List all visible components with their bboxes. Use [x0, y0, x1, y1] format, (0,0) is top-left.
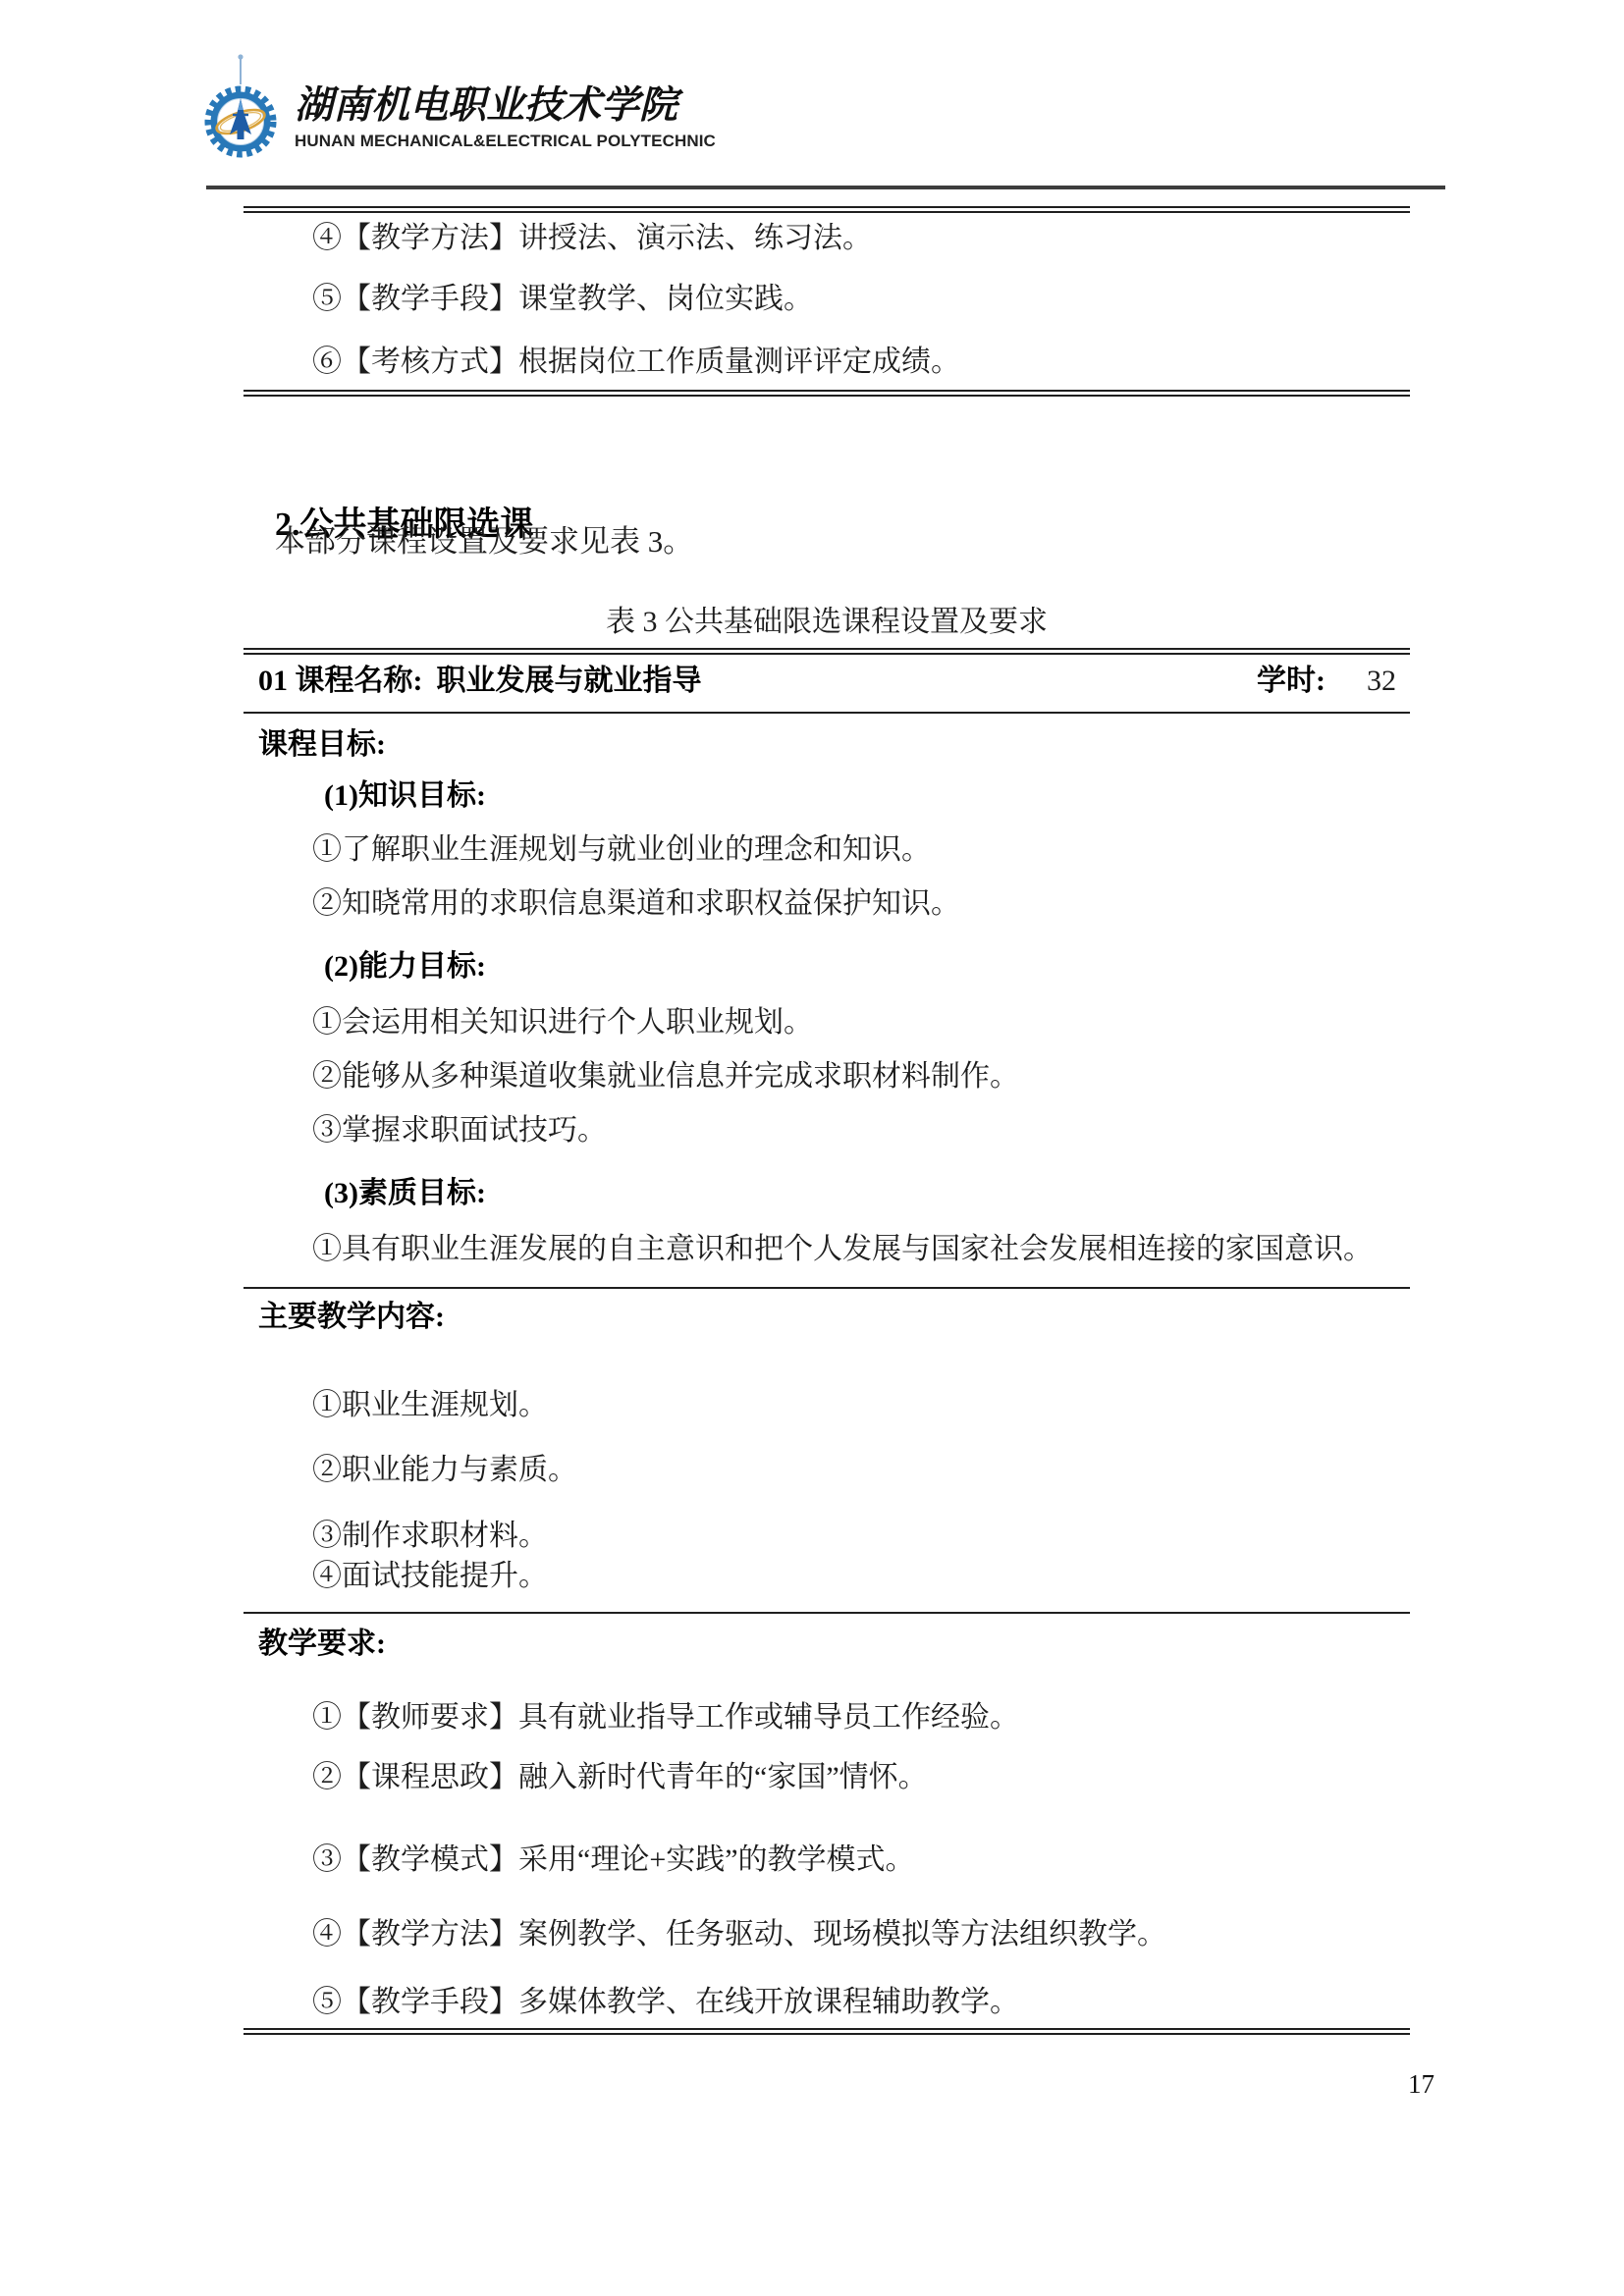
content-title: 主要教学内容:: [258, 1302, 1390, 1333]
objective-item: ②知晓常用的求职信息渠道和求职权益保护知识。: [258, 888, 1390, 920]
table-bottom-border: [244, 390, 1410, 397]
previous-course-table-fragment: ④【教学方法】讲授法、演示法、练习法。 ⑤【教学手段】课堂教学、岗位实践。 ⑥【…: [244, 206, 1410, 397]
course-title-row: 01 课程名称: 职业发展与就业指导 学时: 32: [244, 655, 1410, 714]
school-logo-icon: [202, 51, 279, 159]
course-table-top-border: [244, 648, 1410, 655]
hours-label: 学时:: [1257, 666, 1326, 697]
requirement-item: ③【教学模式】采用“理论+实践”的教学模式。: [258, 1844, 1390, 1876]
course-table: 01 课程名称: 职业发展与就业指导 学时: 32 课程目标: (1)知识目标:…: [244, 648, 1410, 2035]
objective-subtitle: (2)能力目标:: [258, 951, 1390, 983]
objectives-title: 课程目标:: [258, 729, 1390, 761]
objective-item: ①会运用相关知识进行个人职业规划。: [258, 1007, 1390, 1039]
objective-item: ①了解职业生涯规划与就业创业的理念和知识。: [258, 834, 1390, 866]
school-header: 湖南机电职业技术学院 HUNAN MECHANICAL&ELECTRICAL P…: [202, 51, 716, 159]
table-top-border: [244, 206, 1410, 213]
requirements-title: 教学要求:: [258, 1629, 1390, 1660]
document-page: 湖南机电职业技术学院 HUNAN MECHANICAL&ELECTRICAL P…: [0, 0, 1624, 2296]
objective-item: ②能够从多种渠道收集就业信息并完成求职材料制作。: [258, 1061, 1390, 1093]
table3-caption: 表 3 公共基础限选课程设置及要求: [244, 607, 1410, 638]
teaching-means-row: ⑤【教学手段】课堂教学、岗位实践。: [312, 284, 1410, 315]
header-rule: [206, 186, 1445, 189]
content-item: ①职业生涯规划。: [258, 1390, 1390, 1421]
teaching-method-row: ④【教学方法】讲授法、演示法、练习法。: [312, 223, 1410, 254]
course-name-value: 职业发展与就业指导: [437, 666, 702, 697]
course-requirements-section: 教学要求: ①【教师要求】具有就业指导工作或辅导员工作经验。 ②【课程思政】融入…: [244, 1629, 1410, 2028]
requirement-item: ⑤【教学手段】多媒体教学、在线开放课程辅助教学。: [258, 1987, 1390, 2028]
requirement-item: ④【教学方法】案例教学、任务驱动、现场模拟等方法组织教学。: [258, 1919, 1390, 1950]
requirement-item: ②【课程思政】融入新时代青年的“家国”情怀。: [258, 1762, 1390, 1793]
content-item: ③制作求职材料。: [258, 1521, 1390, 1552]
school-name-en: HUNAN MECHANICAL&ELECTRICAL POLYTECHNIC: [295, 132, 716, 151]
course-objectives-section: 课程目标: (1)知识目标: ①了解职业生涯规划与就业创业的理念和知识。 ②知晓…: [244, 729, 1410, 1289]
course-table-bottom-border: [244, 2028, 1410, 2035]
course-name-label: 01 课程名称:: [258, 666, 423, 697]
hours-value: 32: [1367, 666, 1396, 697]
content-item: ②职业能力与素质。: [258, 1455, 1390, 1486]
content-item: ④面试技能提升。: [258, 1561, 1390, 1612]
requirement-item: ①【教师要求】具有就业指导工作或辅导员工作经验。: [258, 1702, 1390, 1734]
objective-item: ①具有职业生涯发展的自主意识和把个人发展与国家社会发展相连接的家国意识。: [258, 1234, 1390, 1287]
assessment-row: ⑥【考核方式】根据岗位工作质量测评评定成绩。: [312, 347, 1410, 378]
course-content-section: 主要教学内容: ①职业生涯规划。 ②职业能力与素质。 ③制作求职材料。 ④面试技…: [244, 1302, 1410, 1614]
page-number: 17: [1408, 2069, 1435, 2100]
objective-item: ③掌握求职面试技巧。: [258, 1115, 1390, 1147]
school-name-zh: 湖南机电职业技术学院: [295, 84, 716, 128]
objective-subtitle: (1)知识目标:: [258, 780, 1390, 812]
section-intro: 本部分课程设置及要求见表 3。: [275, 526, 693, 558]
objective-subtitle: (3)素质目标:: [258, 1178, 1390, 1209]
